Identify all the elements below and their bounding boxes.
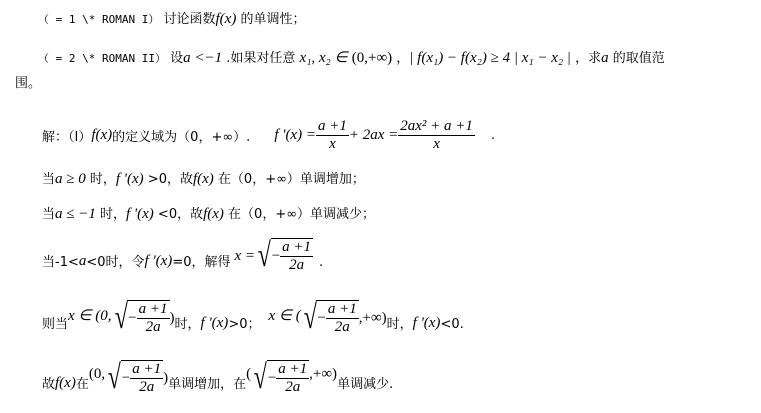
sqrt-expr: √ − a +1 2a: [255, 238, 313, 274]
variable-a: a: [79, 253, 87, 274]
solution-text: 的定义域为（0，+∞）.: [112, 126, 250, 145]
solution-text: 时，: [175, 313, 201, 336]
fraction-denominator: 2a: [137, 379, 156, 396]
solution-text: >0，故: [144, 172, 193, 187]
fraction-denominator: 2a: [144, 319, 163, 336]
fraction-numerator: a +1: [326, 301, 359, 319]
derivative-expr: f '(x): [116, 171, 144, 187]
fraction-denominator: x: [327, 136, 338, 153]
question-2-wrap: 围。: [15, 72, 41, 91]
solution-label: 解：（Ⅰ）: [42, 126, 91, 145]
solution-text: 故: [42, 373, 55, 396]
solution-text: =0，解得: [172, 251, 230, 274]
solution-text: <0.: [440, 317, 463, 336]
fraction-denominator: 2a: [283, 379, 302, 396]
function-expr: f(x): [193, 171, 214, 187]
derivative-expr: f '(x): [201, 315, 229, 336]
sqrt-expr: √ − a +1 2a: [251, 360, 309, 396]
condition-expr: a <−1: [183, 50, 222, 66]
solution-text: 时，: [96, 207, 126, 222]
radical-sign: √: [108, 361, 121, 395]
sqrt-expr: √ − a +1 2a: [112, 300, 170, 336]
solution-line-4: 当-1<a <0时，令f '(x) =0，解得 x = √ − a +1 2a …: [42, 238, 323, 274]
solution-text: 时，: [387, 313, 413, 336]
derivative-expr: f '(x): [126, 206, 154, 222]
fraction: a +1 2a: [326, 301, 359, 336]
question-1: （ = 1 \* ROMAN I） 讨论函数f(x) 的单调性；: [38, 8, 305, 28]
period: .: [319, 255, 323, 274]
solution-text: 在: [76, 373, 89, 396]
function-expr: f(x): [55, 375, 76, 396]
radical-sign: √: [304, 301, 317, 335]
solution-text: 则当: [42, 313, 68, 336]
domain-expr: (0,+∞): [352, 50, 392, 66]
fraction-numerator: 2ax² + a +1: [398, 118, 475, 136]
solution-text: 当: [42, 207, 55, 222]
question-text: ，求: [571, 51, 601, 66]
fraction-denominator: x: [431, 136, 442, 153]
sqrt-expr: √ − a +1 2a: [301, 300, 359, 336]
fraction: a +1 2a: [280, 239, 313, 274]
inequality-expr: | f(x₁) − f(x₂) ≥ 4 | x₁ − x₂ |: [409, 50, 571, 66]
solution-text: >0；: [228, 313, 260, 336]
x-equals: x =: [234, 248, 255, 265]
fraction-numerator: a +1: [130, 361, 163, 379]
solution-text: <0，故: [154, 207, 203, 222]
fraction-denominator: 2a: [287, 257, 306, 274]
interval-start: x ∈ (: [268, 306, 300, 325]
variables-expr: x₁, x₂ ∈: [300, 50, 348, 66]
question-text: ，: [392, 51, 409, 66]
fraction-numerator: a +1: [280, 239, 313, 257]
solution-text: <0时，令: [86, 251, 144, 274]
field-code-prefix: （ = 2 \* ROMAN II）: [38, 52, 166, 65]
solution-line-3: 当a ≤ −1 时，f '(x) <0，故f(x) 在（0，+∞）单调减少；: [42, 203, 375, 223]
fraction-2: 2ax² + a +1 x: [398, 118, 475, 153]
period: .: [491, 128, 495, 143]
question-text: 设: [170, 51, 183, 66]
derivative-lhs: f '(x) =: [274, 127, 316, 144]
fraction-numerator: a +1: [137, 301, 170, 319]
solution-line-5: 则当 x ∈ (0, √ − a +1 2a ) 时，f '(x) >0； x …: [42, 300, 464, 336]
fraction-numerator: a +1: [316, 118, 349, 136]
derivative-expr: f '(x): [145, 253, 173, 274]
sqrt-expr: √ − a +1 2a: [105, 360, 163, 396]
question-2: （ = 2 \* ROMAN II） 设a <−1 .如果对任意 x₁, x₂ …: [38, 47, 665, 67]
question-text: 的单调性；: [236, 12, 305, 27]
question-text: .如果对任意: [222, 51, 295, 66]
condition-expr: a ≤ −1: [55, 206, 96, 222]
function-expr: f(x): [216, 11, 237, 27]
condition-expr: a ≥ 0: [55, 171, 86, 187]
solution-line-1: 解：（Ⅰ） f(x) 的定义域为（0，+∞）. f '(x) = a +1 x …: [42, 118, 495, 153]
derivative-expr: f '(x): [413, 315, 441, 336]
radical-sign: √: [258, 239, 271, 273]
solution-text: 时，: [86, 172, 116, 187]
interval-start: x ∈ (0,: [68, 306, 111, 325]
radical-sign: √: [254, 361, 267, 395]
solution-text: 在（0，+∞）单调增加；: [214, 172, 365, 187]
solution-line-6: 故f(x) 在 (0, √ − a +1 2a ) 单调增加，在 ( √ − a…: [42, 360, 393, 396]
derivative-middle: + 2ax =: [349, 127, 398, 144]
question-text: 讨论函数: [163, 12, 215, 27]
solution-text: 单调减少.: [337, 373, 393, 396]
interval-end: ,+∞): [359, 310, 387, 327]
fraction-numerator: a +1: [276, 361, 309, 379]
fraction: a +1 2a: [137, 301, 170, 336]
field-code-prefix: （ = 1 \* ROMAN I）: [38, 13, 159, 26]
function-expr: f(x): [91, 127, 112, 144]
solution-text: 当-1<: [42, 251, 79, 274]
fraction-1: a +1 x: [316, 118, 349, 153]
function-expr: f(x): [203, 206, 224, 222]
interval-start: (0,: [89, 366, 105, 383]
fraction: a +1 2a: [276, 361, 309, 396]
fraction: a +1 2a: [130, 361, 163, 396]
solution-text: 单调增加，在: [168, 373, 246, 396]
fraction-denominator: 2a: [333, 319, 352, 336]
solution-line-2: 当a ≥ 0 时，f '(x) >0，故f(x) 在（0，+∞）单调增加；: [42, 168, 365, 188]
variable-a: a: [601, 50, 609, 66]
radical-sign: √: [114, 301, 127, 335]
interval-end: ,+∞): [309, 366, 337, 383]
solution-text: 当: [42, 172, 55, 187]
question-text: 的取值范: [609, 51, 665, 66]
solution-text: 在（0，+∞）单调减少；: [224, 207, 375, 222]
